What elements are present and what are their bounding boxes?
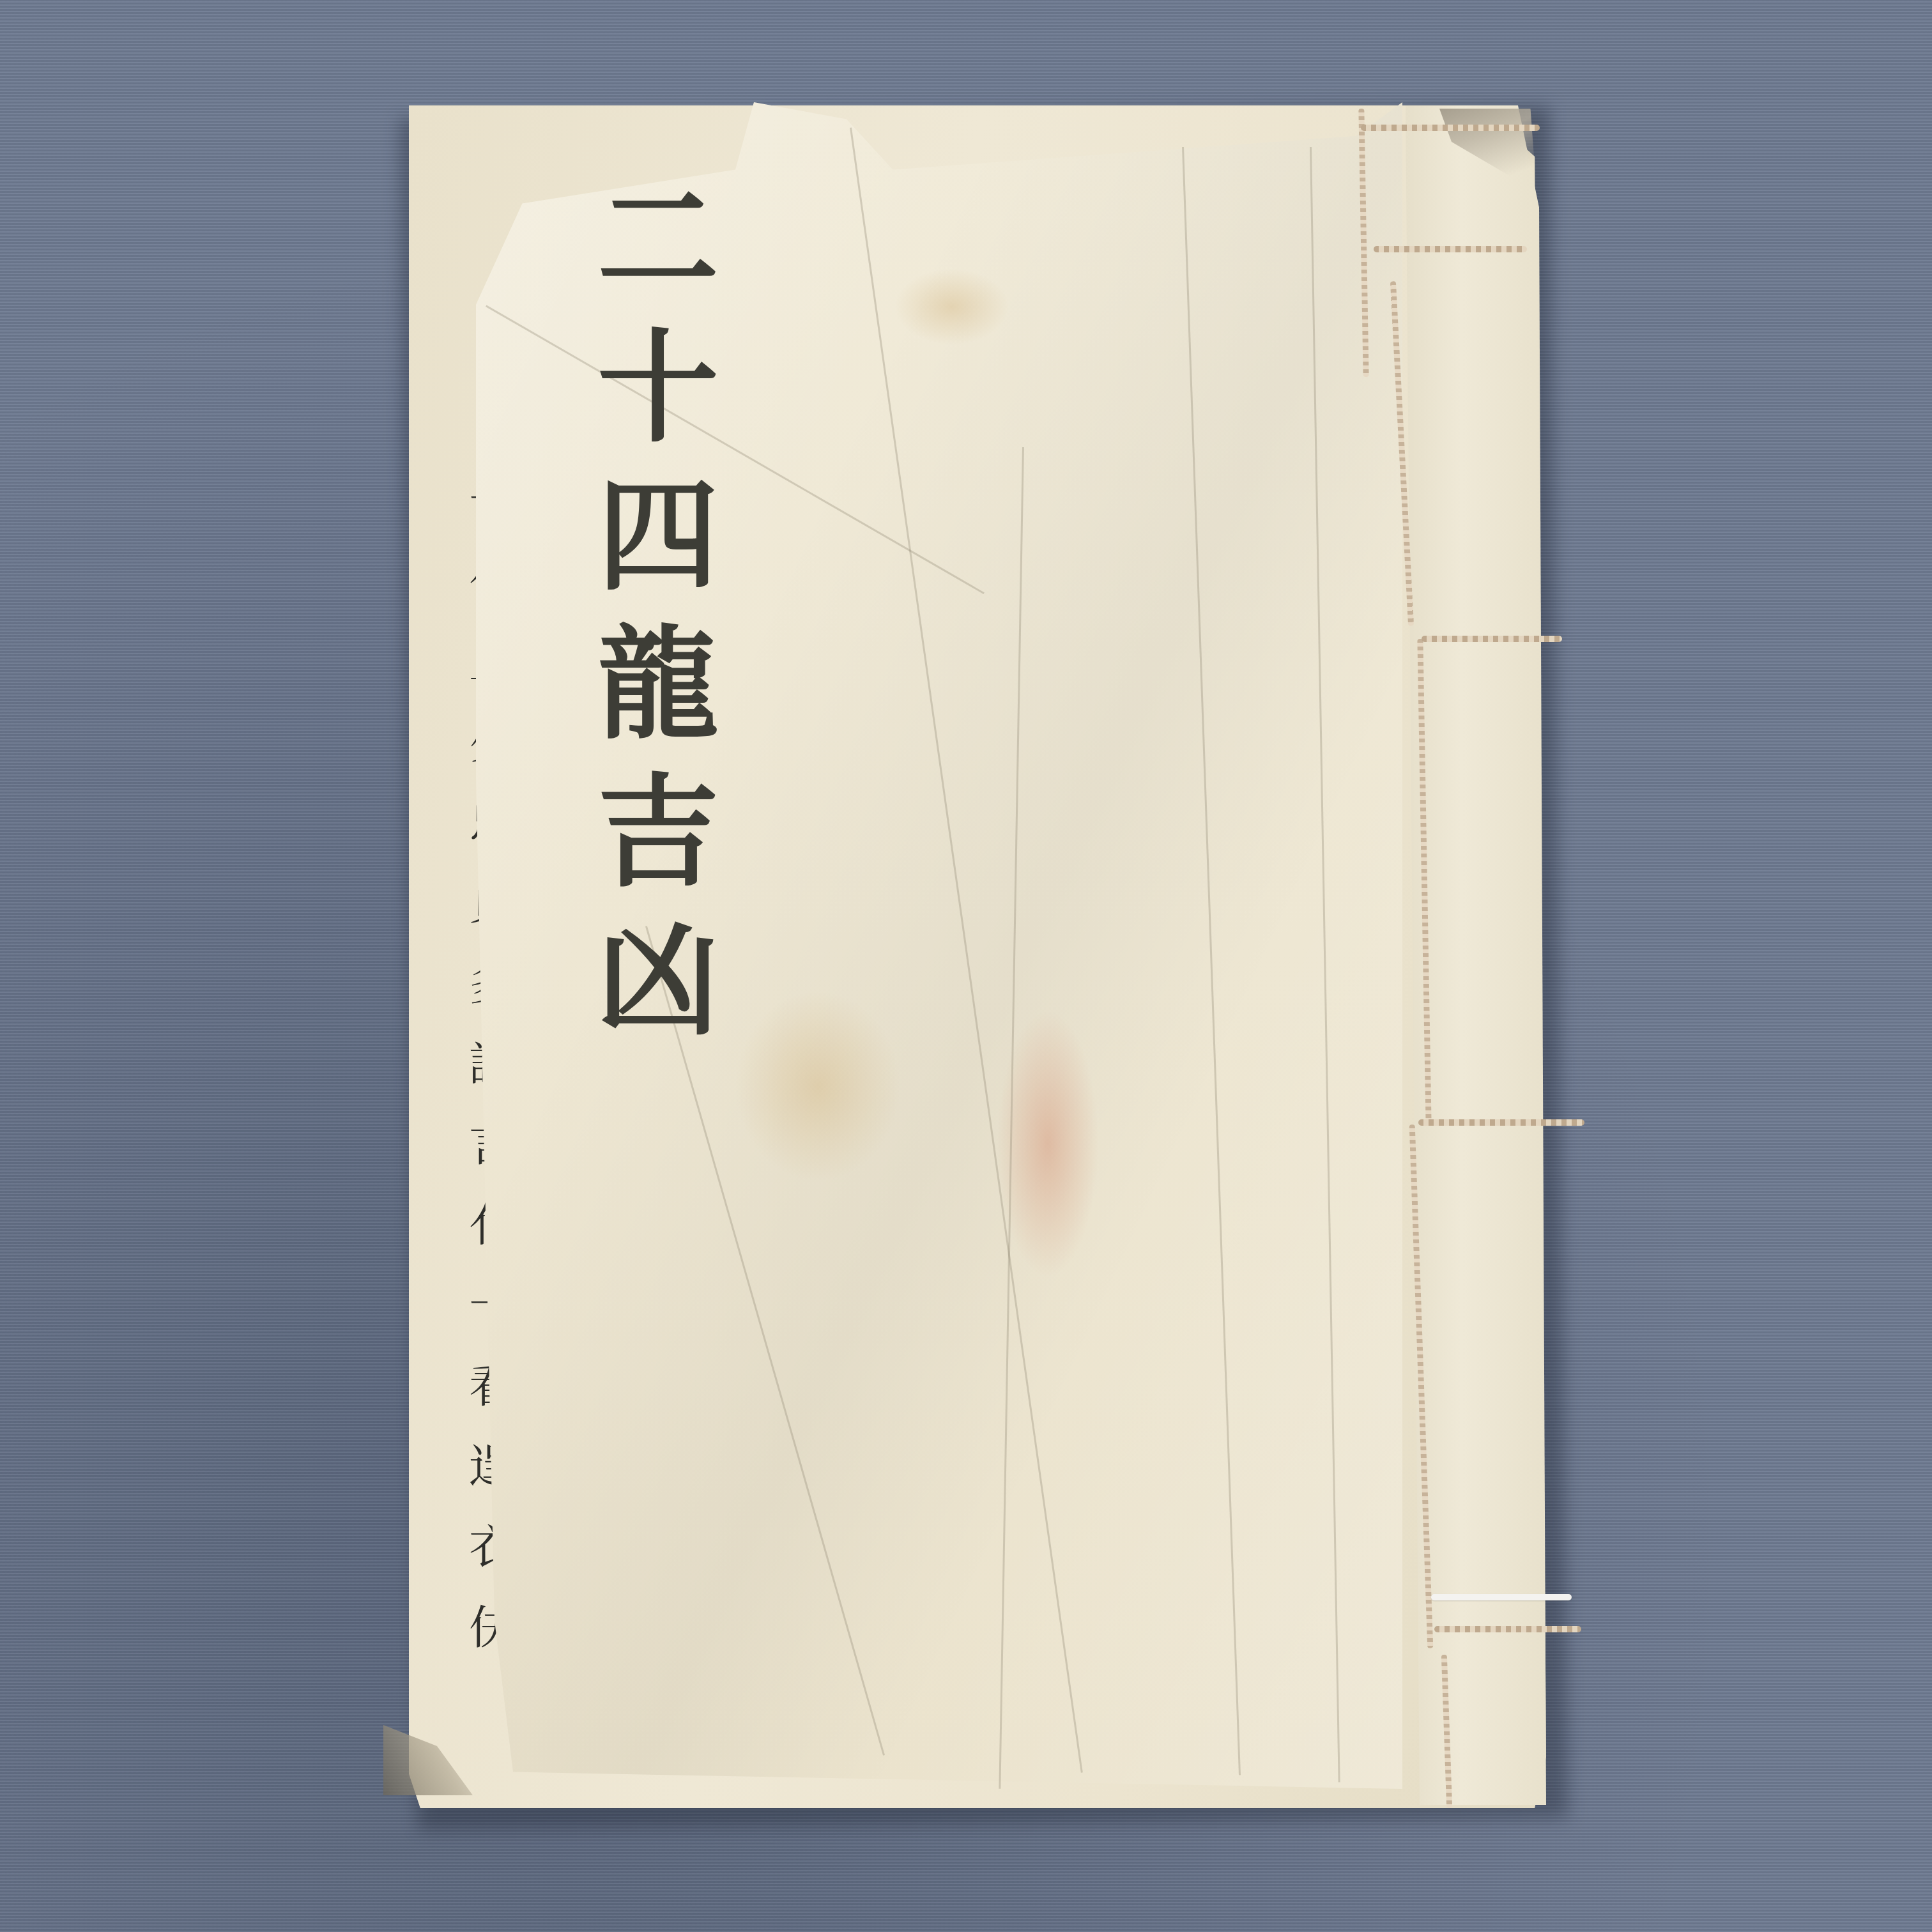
white-binding-stitch <box>1431 1594 1572 1600</box>
title-char: 四 <box>597 463 719 611</box>
binding-stitch <box>1434 1626 1581 1632</box>
title-char: 龍 <box>597 611 719 759</box>
binding-stitch <box>1374 246 1527 252</box>
binding-stitch <box>1418 1119 1584 1126</box>
title-char: 吉 <box>597 759 719 907</box>
book-title: 二十四龍吉凶 二 十 四 龍 吉 凶 <box>575 166 741 1055</box>
yellow-stain <box>735 990 901 1182</box>
title-char: 二 <box>597 166 719 314</box>
title-char: 凶 <box>597 907 719 1055</box>
yellow-stain <box>894 268 1009 345</box>
binding-stitch <box>1422 636 1562 642</box>
title-char: 十 <box>597 314 719 463</box>
binding-stitch <box>1361 125 1540 131</box>
